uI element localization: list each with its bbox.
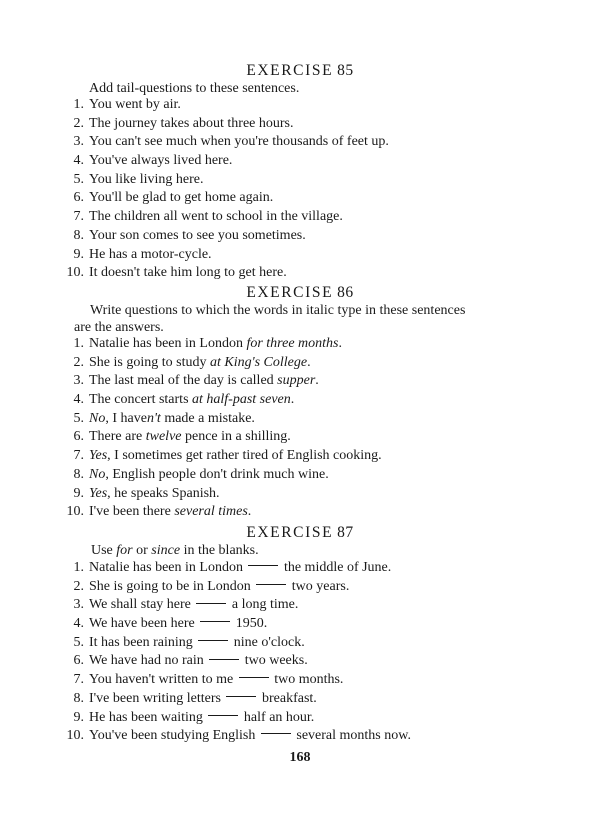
item-text: I've been there several times.: [89, 503, 251, 522]
item-text-italic: Yes: [89, 448, 107, 463]
item-number: 4.: [60, 615, 84, 634]
item-text: I've been writing letters breakfast.: [89, 690, 317, 709]
item-number: 4.: [60, 391, 84, 410]
item-text-plain: She is going to study: [89, 355, 210, 370]
item-text: He has been waiting half an hour.: [89, 709, 314, 728]
item-text-plain: The concert starts: [89, 392, 192, 407]
exercise-86-instruction-line2: are the answers.: [74, 319, 164, 337]
item-text-plain: .: [315, 373, 319, 388]
exercise-85-number: 85: [337, 62, 354, 79]
exercise-86-instruction-line1: Write questions to which the words in it…: [90, 302, 465, 320]
item-text-plain: two months.: [274, 672, 343, 687]
item-number: 1.: [60, 559, 84, 578]
instruction-italic-for: for: [116, 543, 132, 558]
item-number: 10.: [60, 727, 84, 746]
item-text: You haven't written to me two months.: [89, 671, 343, 690]
exercise-87-heading: EXERCISE87: [0, 524, 600, 542]
item-text: No, I haven't made a mistake.: [89, 410, 255, 429]
item-number: 8.: [60, 690, 84, 709]
item-text-italic: for three months: [246, 336, 338, 351]
item-number: 4.: [60, 152, 84, 171]
instruction-text: in the blanks.: [180, 543, 259, 558]
item-number: 6.: [60, 428, 84, 447]
item-text-plain: He has been waiting: [89, 710, 203, 725]
item-number: 5.: [60, 410, 84, 429]
exercise-87-number: 87: [337, 524, 354, 541]
item-number: 7.: [60, 447, 84, 466]
item-text: The last meal of the day is called suppe…: [89, 372, 319, 391]
fill-in-blank: [209, 659, 239, 660]
item-text-plain: She is going to be in London: [89, 579, 251, 594]
item-number: 8.: [60, 227, 84, 246]
item-text-plain: nine o'clock.: [234, 635, 305, 650]
item-text-plain: The last meal of the day is called: [89, 373, 277, 388]
item-text: The journey takes about three hours.: [89, 115, 294, 134]
item-text-italic: at King's College: [210, 355, 307, 370]
item-number: 10.: [60, 264, 84, 283]
item-number: 9.: [60, 485, 84, 504]
item-text-plain: , I sometimes get rather tired of Englis…: [107, 448, 382, 463]
item-text-plain: breakfast.: [262, 691, 317, 706]
instruction-text: or: [133, 543, 152, 558]
item-text: You went by air.: [89, 96, 181, 115]
exercise-86-heading: EXERCISE86: [0, 284, 600, 302]
item-text-italic: No: [89, 467, 105, 482]
item-text: Yes, he speaks Spanish.: [89, 485, 220, 504]
item-text-italic: Yes: [89, 486, 107, 501]
item-text: We shall stay here a long time.: [89, 596, 298, 615]
item-text-plain: We have had no rain: [89, 653, 204, 668]
item-text: Natalie has been in London for three mon…: [89, 335, 342, 354]
item-number: 9.: [60, 709, 84, 728]
item-number: 3.: [60, 133, 84, 152]
item-text-plain: , I have: [105, 411, 147, 426]
item-text: You've always lived here.: [89, 152, 232, 171]
item-text: No, English people don't drink much wine…: [89, 466, 329, 485]
exercise-85-heading: EXERCISE85: [0, 62, 600, 80]
item-text-plain: There are: [89, 429, 146, 444]
item-number: 5.: [60, 634, 84, 653]
item-text-italic: n't: [147, 411, 161, 426]
item-text: She is going to be in London two years.: [89, 578, 349, 597]
item-text-plain: I've been writing letters: [89, 691, 221, 706]
exercise-86-number: 86: [337, 284, 354, 301]
item-text-plain: I've been there: [89, 504, 174, 519]
exercise-85-instruction: Add tail-questions to these sentences.: [89, 80, 299, 98]
item-text-plain: several months now.: [296, 728, 411, 743]
fill-in-blank: [196, 603, 226, 604]
item-text-plain: the middle of June.: [284, 560, 391, 575]
item-text-plain: Natalie has been in London: [89, 336, 246, 351]
item-text: You've been studying English several mon…: [89, 727, 411, 746]
item-text-plain: 1950.: [236, 616, 268, 631]
exercise-87-title: EXERCISE: [246, 524, 333, 541]
exercise-86-title: EXERCISE: [246, 284, 333, 301]
item-text-plain: a long time.: [232, 597, 299, 612]
item-text-italic: several times: [174, 504, 247, 519]
item-text-plain: .: [248, 504, 252, 519]
item-text: We have had no rain two weeks.: [89, 652, 308, 671]
fill-in-blank: [261, 733, 291, 734]
item-number: 5.: [60, 171, 84, 190]
item-text: We have been here 1950.: [89, 615, 267, 634]
item-text-italic: at half-past seven: [192, 392, 291, 407]
item-text: You like living here.: [89, 171, 203, 190]
item-text-italic: twelve: [146, 429, 182, 444]
item-text-plain: Natalie has been in London: [89, 560, 243, 575]
item-number: 10.: [60, 503, 84, 522]
item-text: Natalie has been in London the middle of…: [89, 559, 391, 578]
item-text-plain: half an hour.: [244, 710, 314, 725]
fill-in-blank: [200, 621, 230, 622]
item-text-plain: pence in a shilling.: [182, 429, 291, 444]
item-text: She is going to study at King's College.: [89, 354, 311, 373]
fill-in-blank: [226, 696, 256, 697]
fill-in-blank: [239, 677, 269, 678]
item-number: 2.: [60, 115, 84, 134]
item-number: 9.: [60, 246, 84, 265]
item-text-plain: made a mistake.: [161, 411, 255, 426]
fill-in-blank: [248, 565, 278, 566]
item-text: He has a motor-cycle.: [89, 246, 212, 265]
item-text: Yes, I sometimes get rather tired of Eng…: [89, 447, 382, 466]
item-number: 2.: [60, 578, 84, 597]
item-text-plain: , he speaks Spanish.: [107, 486, 219, 501]
item-text: Your son comes to see you sometimes.: [89, 227, 306, 246]
item-number: 7.: [60, 671, 84, 690]
item-text: There are twelve pence in a shilling.: [89, 428, 291, 447]
fill-in-blank: [256, 584, 286, 585]
item-number: 7.: [60, 208, 84, 227]
item-text-plain: We have been here: [89, 616, 195, 631]
item-number: 8.: [60, 466, 84, 485]
fill-in-blank: [198, 640, 228, 641]
item-text-plain: , English people don't drink much wine.: [105, 467, 328, 482]
item-text-plain: You haven't written to me: [89, 672, 233, 687]
item-text: It has been raining nine o'clock.: [89, 634, 305, 653]
book-page: EXERCISE85 Add tail-questions to these s…: [0, 0, 600, 828]
exercise-87-instruction: Use for or since in the blanks.: [91, 542, 259, 560]
item-number: 1.: [60, 335, 84, 354]
item-text: The children all went to school in the v…: [89, 208, 343, 227]
item-text-plain: We shall stay here: [89, 597, 191, 612]
item-text: The concert starts at half-past seven.: [89, 391, 294, 410]
item-text-plain: .: [307, 355, 311, 370]
item-text-plain: .: [291, 392, 295, 407]
fill-in-blank: [208, 715, 238, 716]
exercise-85-title: EXERCISE: [246, 62, 333, 79]
page-number: 168: [0, 750, 600, 766]
item-text-italic: No: [89, 411, 105, 426]
item-text-plain: two years.: [292, 579, 350, 594]
instruction-text: Use: [91, 543, 116, 558]
instruction-italic-since: since: [151, 543, 180, 558]
item-number: 3.: [60, 596, 84, 615]
item-text-plain: two weeks.: [245, 653, 308, 668]
item-text-plain: It has been raining: [89, 635, 193, 650]
item-number: 3.: [60, 372, 84, 391]
item-text-plain: .: [339, 336, 343, 351]
item-number: 1.: [60, 96, 84, 115]
item-text: You'll be glad to get home again.: [89, 189, 273, 208]
item-text-italic: supper: [277, 373, 315, 388]
item-number: 2.: [60, 354, 84, 373]
item-number: 6.: [60, 652, 84, 671]
item-text-plain: You've been studying English: [89, 728, 255, 743]
item-text: It doesn't take him long to get here.: [89, 264, 287, 283]
item-number: 6.: [60, 189, 84, 208]
item-text: You can't see much when you're thousands…: [89, 133, 389, 152]
